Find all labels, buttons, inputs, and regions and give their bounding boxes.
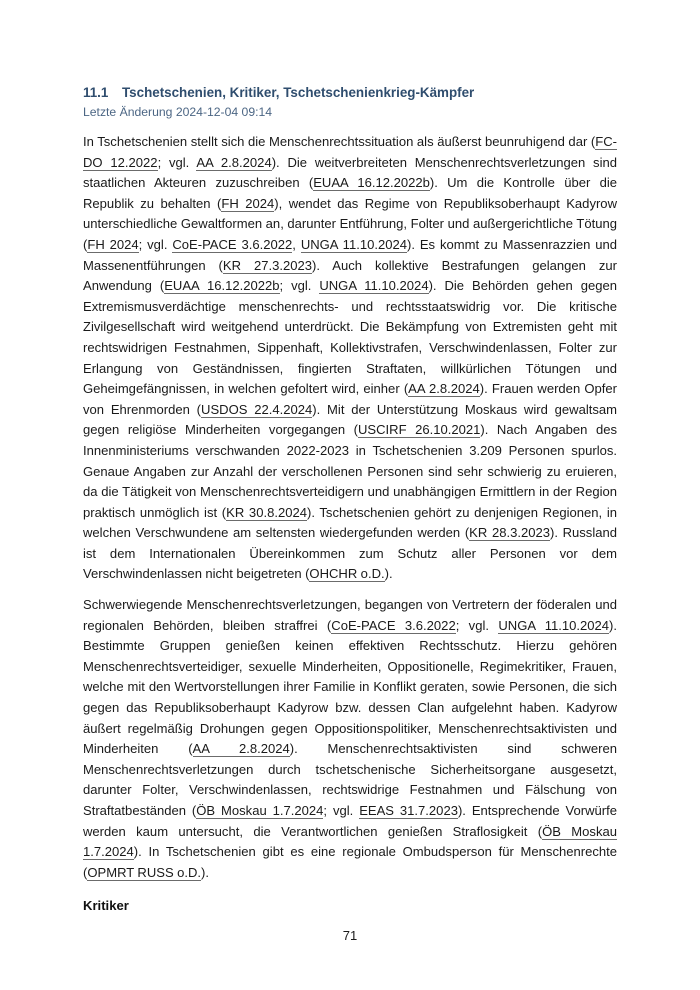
last-modified-timestamp: Letzte Änderung 2024-12-04 09:14 [83,104,617,121]
citation-link[interactable]: KR 28.3.2023 [469,525,550,541]
citation-link[interactable]: USDOS 22.4.2024 [201,402,312,418]
paragraph-text: ). [201,865,209,880]
citation-link[interactable]: AA 2.8.2024 [408,381,480,397]
citation-link[interactable]: CoE-​PACE 3.6.2022 [172,237,292,253]
page-number: 71 [0,928,700,943]
citation-link[interactable]: FH 2024 [221,196,274,212]
subheading-kritiker: Kritiker [83,896,617,916]
section-heading: 11.1Tschetschenien, Kritiker, Tschetsche… [83,84,617,102]
paragraph-text: ). Bestimmte Gruppen genießen keinen eff… [83,618,617,757]
citation-link[interactable]: EEAS 31.7.2023 [359,803,458,819]
citation-link[interactable]: OHCHR o.D. [309,566,384,582]
paragraph-text: ). [385,566,393,581]
paragraph-text: ; vgl. [456,618,499,633]
paragraph-text: ). Die Behörden gehen gegen Extremismusv… [83,278,617,396]
citation-link[interactable]: KR 27.3.2023 [223,258,312,274]
citation-link[interactable]: ÖB Moskau 1.7.2024 [196,803,323,819]
document-page: 11.1Tschetschenien, Kritiker, Tschetsche… [83,84,617,916]
paragraph-text: ; vgl. [139,237,173,252]
citation-link[interactable]: USCIRF 26.10.2021 [358,422,480,438]
citation-link[interactable]: EUAA 16.12.2022b [164,278,279,294]
citation-link[interactable]: AA 2.8.2024 [193,741,290,757]
citation-link[interactable]: UNGA 11.10.2024 [301,237,407,253]
citation-link[interactable]: EUAA 16.12.2022b [313,175,430,191]
paragraph-text: ; vgl. [323,803,359,818]
citation-link[interactable]: FH 2024 [87,237,138,253]
citation-link[interactable]: CoE-PACE 3.6.2022 [331,618,455,634]
citation-link[interactable]: KR 30.8.2024 [226,505,307,521]
section-title: Tschetschenien, Kritiker, Tschetschenien… [122,85,474,100]
section-number: 11.1 [83,84,122,102]
paragraph-text: , [292,237,301,252]
paragraph-human-rights-situation: In Tschetschenien stellt sich die Mensch… [83,132,617,585]
citation-link[interactable]: UNGA 11.10.2024 [498,618,609,634]
paragraph-impunity: Schwerwiegende Menschenrechtsverletzunge… [83,595,617,883]
citation-link[interactable]: AA 2.8.2024 [196,155,271,171]
citation-link[interactable]: OPMRT RUSS o.D. [87,865,201,881]
paragraph-text: ; vgl. [280,278,320,293]
paragraph-text: In Tschetschenien stellt sich die Mensch… [83,134,595,149]
citation-link[interactable]: UNGA 11.10.2024 [319,278,428,294]
paragraph-text: ; vgl. [158,155,197,170]
